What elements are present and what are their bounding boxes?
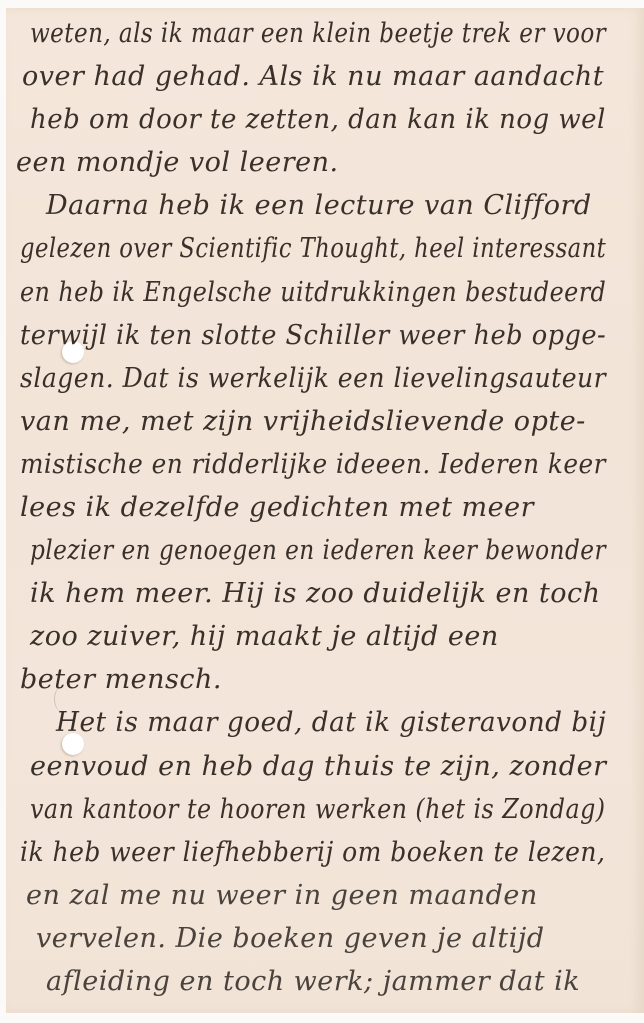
text-line: en zal me nu weer in geen maanden (26, 880, 538, 911)
text-line: zoo zuiver, hij maakt je altijd een (30, 621, 499, 652)
text-line: weten, als ik maar een klein beetje trek… (30, 18, 606, 49)
text-line: slagen. Dat is werkelijk een lievelingsa… (20, 363, 606, 394)
text-line: een mondje vol leeren. (16, 147, 339, 178)
text-line: terwijl ik ten slotte Schiller weer heb … (20, 320, 606, 351)
text-line: heb om door te zetten, dan kan ik nog we… (30, 104, 606, 135)
text-line: vervelen. Die boeken geven je altijd (36, 923, 544, 954)
text-line: beter mensch. (20, 664, 222, 695)
text-line: van kantoor te hooren werken (het is Zon… (30, 794, 606, 825)
text-line: Het is maar goed, dat ik gisteravond bij (56, 707, 606, 738)
text-line: mistische en ridderlijke ideeen. Iederen… (20, 449, 606, 480)
text-line: gelezen over Scientific Thought, heel in… (20, 233, 606, 264)
text-line: Daarna heb ik een lecture van Clifford (46, 190, 592, 221)
text-line: van me, met zijn vrijheidslievende opte- (20, 406, 586, 437)
text-line: ik heb weer liefhebberij om boeken te le… (20, 837, 605, 868)
text-line: eenvoud en heb dag thuis te zijn, zonder (30, 751, 606, 782)
text-line: over had gehad. Als ik nu maar aandacht (22, 61, 604, 92)
text-line: afleiding en toch werk; jammer dat ik (46, 966, 580, 997)
letter-page: weten, als ik maar een klein beetje trek… (6, 8, 644, 1013)
handwritten-text: weten, als ik maar een klein beetje trek… (6, 8, 644, 1013)
text-line: ik hem meer. Hij is zoo duidelijk en toc… (30, 578, 601, 609)
text-line: plezier en genoegen en iederen keer bewo… (30, 535, 606, 566)
text-line: lees ik dezelfde gedichten met meer (20, 492, 534, 523)
text-line: en heb ik Engelsche uitdrukkingen bestud… (20, 277, 606, 308)
